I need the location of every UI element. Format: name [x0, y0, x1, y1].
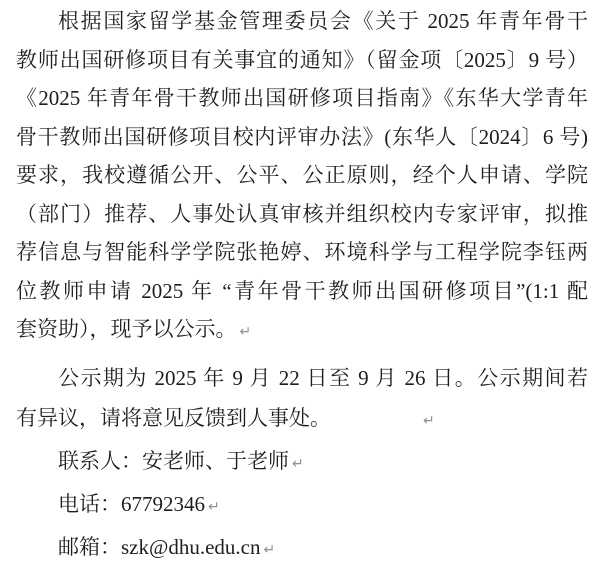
contact-email-line: 邮箱：szk@dhu.edu.cn↵: [16, 527, 588, 570]
text-line: 教师出国研修项目有关事宜的通知》（留金项〔2025〕9 号）: [16, 41, 588, 80]
text-line: 要求，我校遵循公开、公平、公正原则，经个人申请、学院: [16, 156, 588, 195]
paragraph-announcement: 根据国家留学基金管理委员会《关于 2025 年青年骨干 教师出国研修项目有关事宜…: [16, 2, 588, 352]
paragraph-contact-phone: 电话：67792346↵: [16, 484, 588, 527]
contact-person-text: 联系人：安老师、于老师: [58, 449, 289, 473]
paragraph-contact-person: 联系人：安老师、于老师↵: [16, 441, 588, 484]
text-line: 荐信息与智能科学学院张艳婷、环境科学与工程学院李钰两: [16, 233, 588, 272]
text-line: 有异议，请将意见反馈到人事处。↵: [16, 398, 588, 441]
text-line: 套资助），现予以公示。↵: [16, 310, 588, 352]
paragraph-notice-period: 公示期为 2025 年 9 月 22 日至 9 月 26 日。公示期间若 有异议…: [16, 358, 588, 441]
paragraph-mark-icon: ↵: [208, 499, 220, 515]
paragraph-mark-icon: ↵: [292, 456, 304, 472]
contact-phone-text: 电话：67792346: [58, 492, 205, 516]
text-line: 公示期为 2025 年 9 月 22 日至 9 月 26 日。公示期间若: [16, 358, 588, 398]
contact-phone-line: 电话：67792346↵: [16, 484, 588, 527]
paragraph-final-text: 套资助），现予以公示。: [16, 317, 237, 341]
text-line: 骨干教师出国研修项目校内评审办法》(东华人〔2024〕6 号): [16, 118, 588, 157]
contact-email-text: 邮箱：szk@dhu.edu.cn: [58, 535, 260, 559]
paragraph-mark-icon: ↵: [240, 324, 252, 340]
document-page: 根据国家留学基金管理委员会《关于 2025 年青年骨干 教师出国研修项目有关事宜…: [0, 0, 602, 574]
text-line: （部门）推荐、人事处认真审核并组织校内专家评审，拟推: [16, 195, 588, 234]
paragraph-mark-icon: ↵: [263, 542, 275, 558]
paragraph-contact-email: 邮箱：szk@dhu.edu.cn↵: [16, 527, 588, 570]
text-line: 根据国家留学基金管理委员会《关于 2025 年青年骨干: [16, 2, 588, 41]
contact-person-line: 联系人：安老师、于老师↵: [16, 441, 588, 484]
paragraph-mark-icon: ↵: [423, 413, 435, 429]
text-line: 《2025 年青年骨干教师出国研修项目指南》《东华大学青年: [16, 79, 588, 118]
paragraph-final-text: 有异议，请将意见反馈到人事处。: [16, 406, 331, 430]
text-line: 位教师申请 2025 年 “青年骨干教师出国研修项目”(1:1 配: [16, 272, 588, 311]
